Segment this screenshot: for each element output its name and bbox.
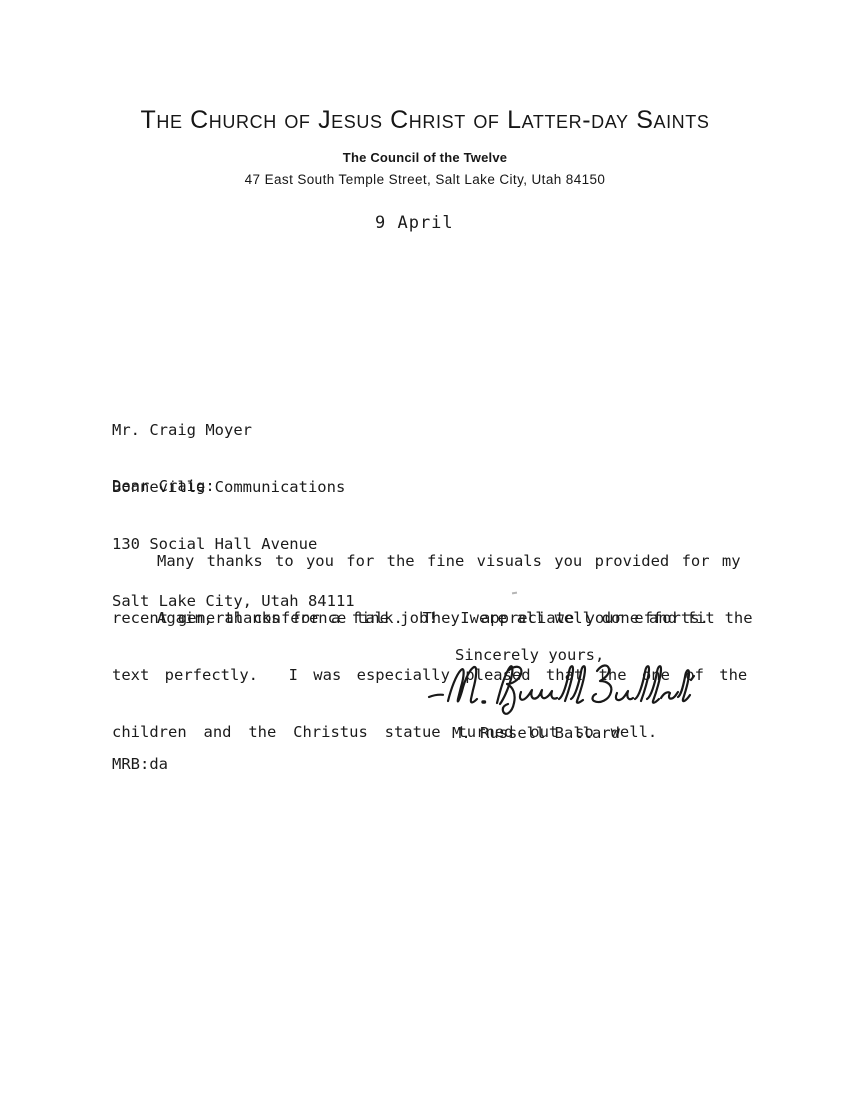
letterhead-organization: The Church of Jesus Christ of Latter-day…: [0, 106, 850, 135]
date-line: 9 April: [375, 214, 454, 233]
recipient-name: Mr. Craig Moyer: [112, 421, 355, 440]
salutation: Dear Craig:: [112, 477, 215, 496]
reference-initials: MRB:da: [112, 755, 168, 774]
letter-page: The Church of Jesus Christ of Latter-day…: [0, 0, 850, 1100]
letterhead-department: The Council of the Twelve: [0, 150, 850, 165]
typed-signature-name: M. Russell Ballard: [452, 724, 620, 743]
body-line: Many thanks to you for the fine visuals …: [112, 552, 753, 571]
signature-handwriting: [424, 656, 696, 724]
body-line: children and the Christus statue turned …: [112, 723, 753, 742]
body-paragraph-2: Again, thanks for a fine job! I apprecia…: [112, 609, 709, 628]
body-paragraph-1: Many thanks to you for the fine visuals …: [112, 514, 753, 780]
signature-svg: [424, 656, 696, 724]
letterhead-address: 47 East South Temple Street, Salt Lake C…: [0, 172, 850, 187]
